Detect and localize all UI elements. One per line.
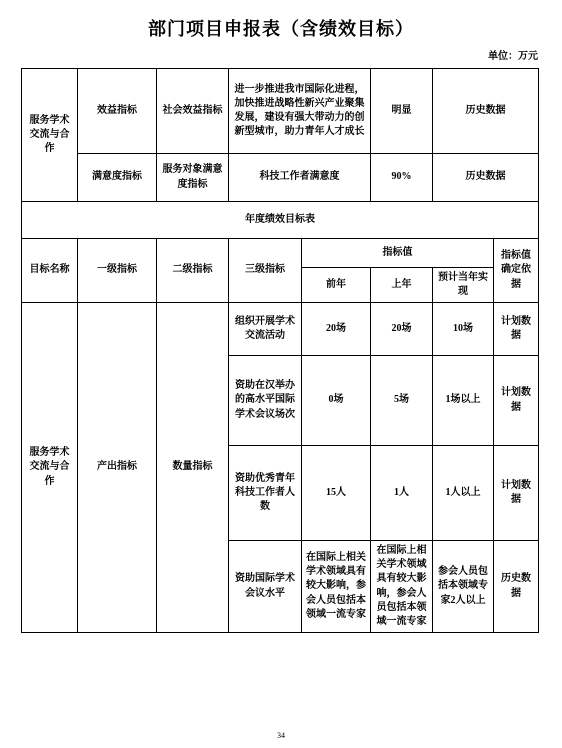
header-level2: 二级指标	[157, 239, 229, 303]
basis-cell: 历史数据	[494, 541, 539, 633]
header-level1: 一级指标	[78, 239, 157, 303]
basis-cell: 历史数据	[433, 154, 539, 202]
level3-cell: 资助优秀青年科技工作者人数	[229, 446, 302, 541]
level2-indicator-cell: 社会效益指标	[157, 69, 229, 154]
unit-label: 单位：万元	[488, 47, 538, 62]
header-year-before-last: 前年	[302, 268, 371, 303]
indicator-text-cell: 进一步推进我市国际化进程，加快推进战略性新兴产业聚集发展，建设有强大带动力的创新…	[229, 69, 371, 154]
group-label-cell: 服务学术交流与合作	[22, 69, 78, 202]
header-last-year: 上年	[371, 268, 433, 303]
project-application-table: 服务学术交流与合作 效益指标 社会效益指标 进一步推进我市国际化进程，加快推进战…	[21, 68, 539, 633]
level2-indicator-cell: 服务对象满意度指标	[157, 154, 229, 202]
document-page: 部门项目申报表（含绩效目标） 单位：万元 服务学术交流与合作 效益指标 社会效益…	[0, 0, 562, 748]
year-before-last-cell: 在国际上相关学术领域具有较大影响，参会人员包括本领域一流专家	[302, 541, 371, 633]
level2-cell: 数量指标	[157, 303, 229, 633]
page-number: 34	[0, 731, 562, 740]
level1-indicator-cell: 满意度指标	[78, 154, 157, 202]
level3-cell: 资助在汉举办的高水平国际学术会议场次	[229, 356, 302, 446]
basis-cell: 历史数据	[433, 69, 539, 154]
basis-cell: 计划数据	[494, 446, 539, 541]
last-year-cell: 在国际上相关学术领域具有较大影响，参会人员包括本领域一流专家	[371, 541, 433, 633]
year-before-last-cell: 20场	[302, 303, 371, 356]
last-year-cell: 1人	[371, 446, 433, 541]
header-expected-current: 预计当年实现	[433, 268, 494, 303]
expected-current-cell: 参会人员包括本领域专家2人以上	[433, 541, 494, 633]
table-row: 服务学术交流与合作 效益指标 社会效益指标 进一步推进我市国际化进程，加快推进战…	[22, 69, 539, 154]
last-year-cell: 20场	[371, 303, 433, 356]
basis-cell: 计划数据	[494, 356, 539, 446]
level3-cell: 组织开展学术交流活动	[229, 303, 302, 356]
section-title-cell: 年度绩效目标表	[22, 202, 539, 239]
page-title: 部门项目申报表（含绩效目标）	[0, 15, 562, 41]
indicator-value-cell: 90%	[371, 154, 433, 202]
year-before-last-cell: 0场	[302, 356, 371, 446]
expected-current-cell: 10场	[433, 303, 494, 356]
header-basis: 指标值确定依据	[494, 239, 539, 303]
indicator-text-cell: 科技工作者满意度	[229, 154, 371, 202]
expected-current-cell: 1人以上	[433, 446, 494, 541]
table-row: 服务学术交流与合作 产出指标 数量指标 组织开展学术交流活动 20场 20场 1…	[22, 303, 539, 356]
level1-indicator-cell: 效益指标	[78, 69, 157, 154]
header-goal-name: 目标名称	[22, 239, 78, 303]
goal-name-cell: 服务学术交流与合作	[22, 303, 78, 633]
expected-current-cell: 1场以上	[433, 356, 494, 446]
header-indicator-value: 指标值	[302, 239, 494, 268]
header-level3: 三级指标	[229, 239, 302, 303]
last-year-cell: 5场	[371, 356, 433, 446]
basis-cell: 计划数据	[494, 303, 539, 356]
indicator-value-cell: 明显	[371, 69, 433, 154]
header-row: 目标名称 一级指标 二级指标 三级指标 指标值 指标值确定依据	[22, 239, 539, 268]
level3-cell: 资助国际学术会议水平	[229, 541, 302, 633]
table-row: 满意度指标 服务对象满意度指标 科技工作者满意度 90% 历史数据	[22, 154, 539, 202]
year-before-last-cell: 15人	[302, 446, 371, 541]
level1-cell: 产出指标	[78, 303, 157, 633]
section-title-row: 年度绩效目标表	[22, 202, 539, 239]
